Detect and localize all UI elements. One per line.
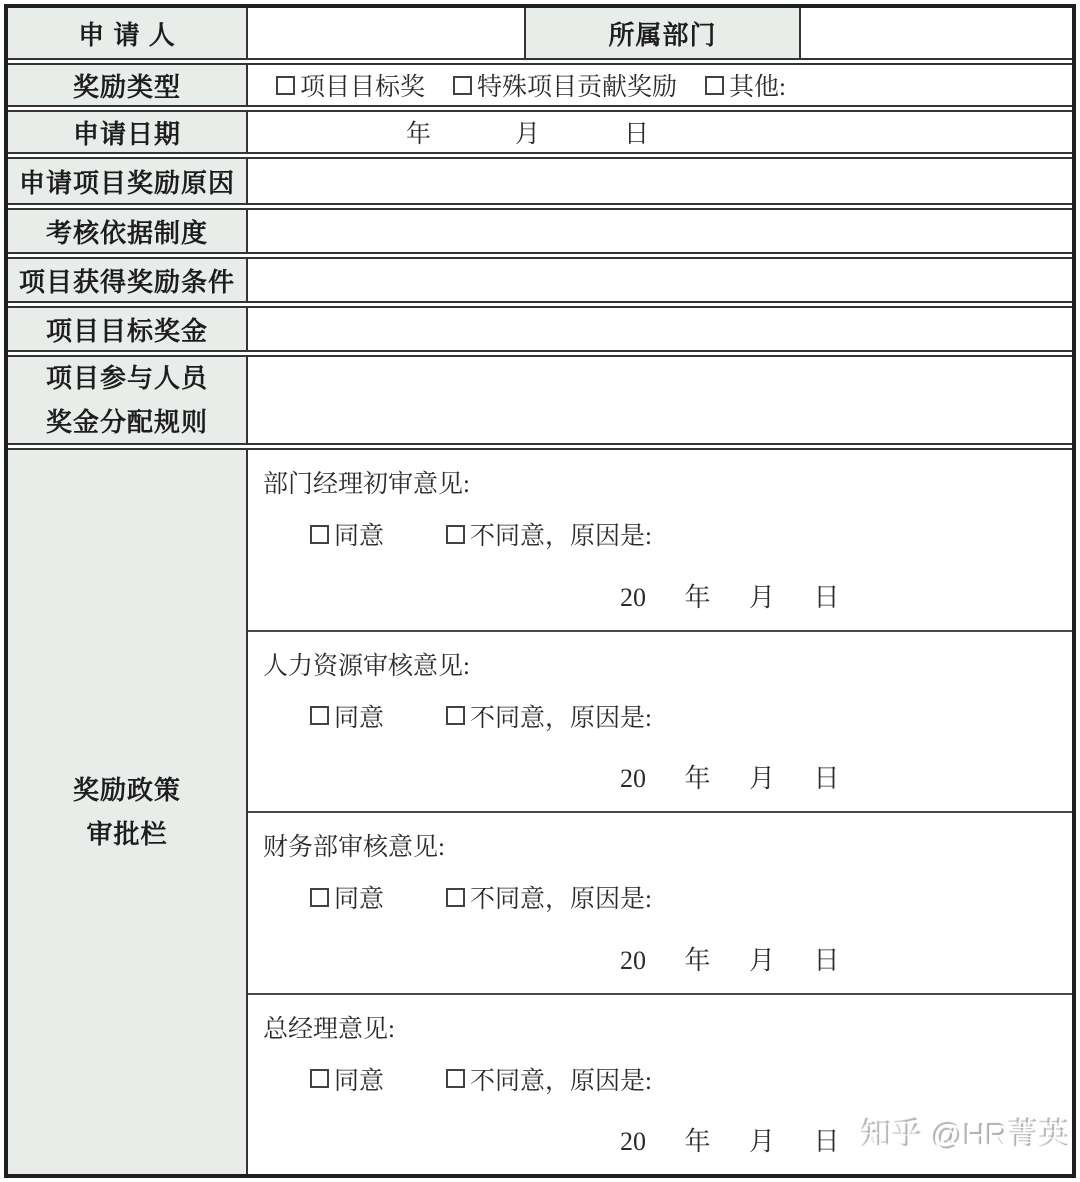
- participants-input-cell[interactable]: [248, 357, 1072, 443]
- month-label: 月: [515, 114, 540, 150]
- disagree-label: 不同意，原因是:: [470, 516, 652, 552]
- reward-type-label: 奖励类型: [8, 65, 248, 105]
- reward-application-form: 申 请 人 所属部门 奖励类型 项目目标奖 特殊项目贡献奖励 其他: 申请日期 …: [4, 4, 1076, 1178]
- bonus-row: 项目目标奖金: [8, 306, 1072, 352]
- disagree-label: 不同意，原因是:: [470, 1061, 652, 1097]
- agree-option: 同意: [310, 698, 384, 734]
- option-special-contribution-award: 特殊项目贡献奖励: [453, 67, 677, 103]
- agree-label: 同意: [334, 516, 384, 552]
- dept-manager-date-line: 20 年 月 日: [248, 577, 1072, 630]
- checkbox-disagree[interactable]: [446, 525, 465, 544]
- approval-row: 奖励政策 审批栏 部门经理初审意见: 同意 不同意，原因是: 20: [8, 448, 1072, 1174]
- department-input-cell[interactable]: [801, 8, 1072, 58]
- hr-choices: 同意 不同意，原因是:: [248, 682, 1072, 734]
- checkbox-disagree[interactable]: [446, 888, 465, 907]
- approval-label: 奖励政策 审批栏: [8, 450, 248, 1174]
- apply-date-input-cell[interactable]: 年 月 日: [248, 112, 1072, 152]
- checkbox-agree[interactable]: [310, 1069, 329, 1088]
- option-project-target-award: 项目目标奖: [276, 67, 425, 103]
- checkbox-other[interactable]: [705, 76, 724, 95]
- checkbox-agree[interactable]: [310, 706, 329, 725]
- month-label: 月: [749, 1127, 775, 1156]
- checkbox-agree[interactable]: [310, 888, 329, 907]
- reward-type-row: 奖励类型 项目目标奖 特殊项目贡献奖励 其他:: [8, 63, 1072, 107]
- reason-input-cell[interactable]: [248, 159, 1072, 203]
- checkbox-agree[interactable]: [310, 525, 329, 544]
- year-label: 年: [685, 1127, 711, 1156]
- reason-label: 申请项目奖励原因: [8, 159, 248, 203]
- agree-option: 同意: [310, 516, 384, 552]
- basis-row: 考核依据制度: [8, 208, 1072, 254]
- agree-option: 同意: [310, 879, 384, 915]
- agree-label: 同意: [334, 1061, 384, 1097]
- year-label: 年: [685, 764, 711, 793]
- day-label: 日: [814, 764, 840, 793]
- hr-date-line: 20 年 月 日: [248, 758, 1072, 811]
- disagree-option: 不同意，原因是:: [446, 698, 652, 734]
- reason-row: 申请项目奖励原因: [8, 157, 1072, 205]
- applicant-row: 申 请 人 所属部门: [8, 8, 1072, 60]
- reward-type-options: 项目目标奖 特殊项目贡献奖励 其他:: [248, 65, 1072, 105]
- condition-row: 项目获得奖励条件: [8, 257, 1072, 303]
- approval-sections: 部门经理初审意见: 同意 不同意，原因是: 20 年 月 日: [248, 450, 1072, 1174]
- disagree-option: 不同意，原因是:: [446, 879, 652, 915]
- applicant-label: 申 请 人: [8, 8, 248, 58]
- bonus-input-cell[interactable]: [248, 308, 1072, 350]
- checkbox-project-target-award[interactable]: [276, 76, 295, 95]
- apply-date-label: 申请日期: [8, 112, 248, 152]
- condition-input-cell[interactable]: [248, 259, 1072, 301]
- month-label: 月: [749, 583, 775, 612]
- approval-label-line2: 审批栏: [86, 812, 167, 856]
- approval-section-dept-manager: 部门经理初审意见: 同意 不同意，原因是: 20 年 月 日: [248, 450, 1072, 630]
- year-label: 年: [685, 946, 711, 975]
- day-label: 日: [624, 114, 649, 150]
- day-label: 日: [814, 1127, 840, 1156]
- agree-label: 同意: [334, 698, 384, 734]
- option-project-target-award-label: 项目目标奖: [300, 67, 425, 103]
- approval-section-hr: 人力资源审核意见: 同意 不同意，原因是: 20 年 月 日: [248, 630, 1072, 812]
- finance-date-line: 20 年 月 日: [248, 940, 1072, 993]
- month-label: 月: [749, 946, 775, 975]
- participants-label-line1: 项目参与人员: [46, 356, 208, 400]
- checkbox-special-contribution-award[interactable]: [453, 76, 472, 95]
- applicant-input-cell[interactable]: [248, 8, 526, 58]
- date-prefix: 20: [620, 1127, 646, 1156]
- month-label: 月: [749, 764, 775, 793]
- disagree-label: 不同意，原因是:: [470, 879, 652, 915]
- day-label: 日: [814, 583, 840, 612]
- basis-input-cell[interactable]: [248, 210, 1072, 252]
- date-prefix: 20: [620, 583, 646, 612]
- zhihu-watermark: 知乎 @HR菁英: [862, 1110, 1071, 1155]
- condition-label: 项目获得奖励条件: [8, 259, 248, 301]
- general-manager-opinion-title: 总经理意见:: [248, 995, 1072, 1045]
- agree-label: 同意: [334, 879, 384, 915]
- option-special-contribution-award-label: 特殊项目贡献奖励: [477, 67, 677, 103]
- basis-label: 考核依据制度: [8, 210, 248, 252]
- dept-manager-opinion-title: 部门经理初审意见:: [248, 450, 1072, 500]
- option-other-label: 其他:: [729, 67, 786, 103]
- department-label: 所属部门: [526, 8, 801, 58]
- finance-opinion-title: 财务部审核意见:: [248, 813, 1072, 863]
- agree-option: 同意: [310, 1061, 384, 1097]
- disagree-option: 不同意，原因是:: [446, 1061, 652, 1097]
- approval-section-finance: 财务部审核意见: 同意 不同意，原因是: 20 年 月 日: [248, 811, 1072, 993]
- finance-choices: 同意 不同意，原因是:: [248, 863, 1072, 915]
- year-label: 年: [406, 114, 431, 150]
- participants-row: 项目参与人员 奖金分配规则: [8, 355, 1072, 445]
- dept-manager-choices: 同意 不同意，原因是:: [248, 500, 1072, 552]
- disagree-label: 不同意，原因是:: [470, 698, 652, 734]
- day-label: 日: [814, 946, 840, 975]
- apply-date-row: 申请日期 年 月 日: [8, 110, 1072, 154]
- participants-label: 项目参与人员 奖金分配规则: [8, 357, 248, 443]
- approval-label-line1: 奖励政策: [73, 768, 181, 812]
- hr-opinion-title: 人力资源审核意见:: [248, 632, 1072, 682]
- year-label: 年: [685, 583, 711, 612]
- date-prefix: 20: [620, 946, 646, 975]
- participants-label-line2: 奖金分配规则: [46, 400, 208, 444]
- bonus-label: 项目目标奖金: [8, 308, 248, 350]
- option-other: 其他:: [705, 67, 786, 103]
- date-prefix: 20: [620, 764, 646, 793]
- checkbox-disagree[interactable]: [446, 1069, 465, 1088]
- checkbox-disagree[interactable]: [446, 706, 465, 725]
- disagree-option: 不同意，原因是:: [446, 516, 652, 552]
- general-manager-choices: 同意 不同意，原因是:: [248, 1045, 1072, 1097]
